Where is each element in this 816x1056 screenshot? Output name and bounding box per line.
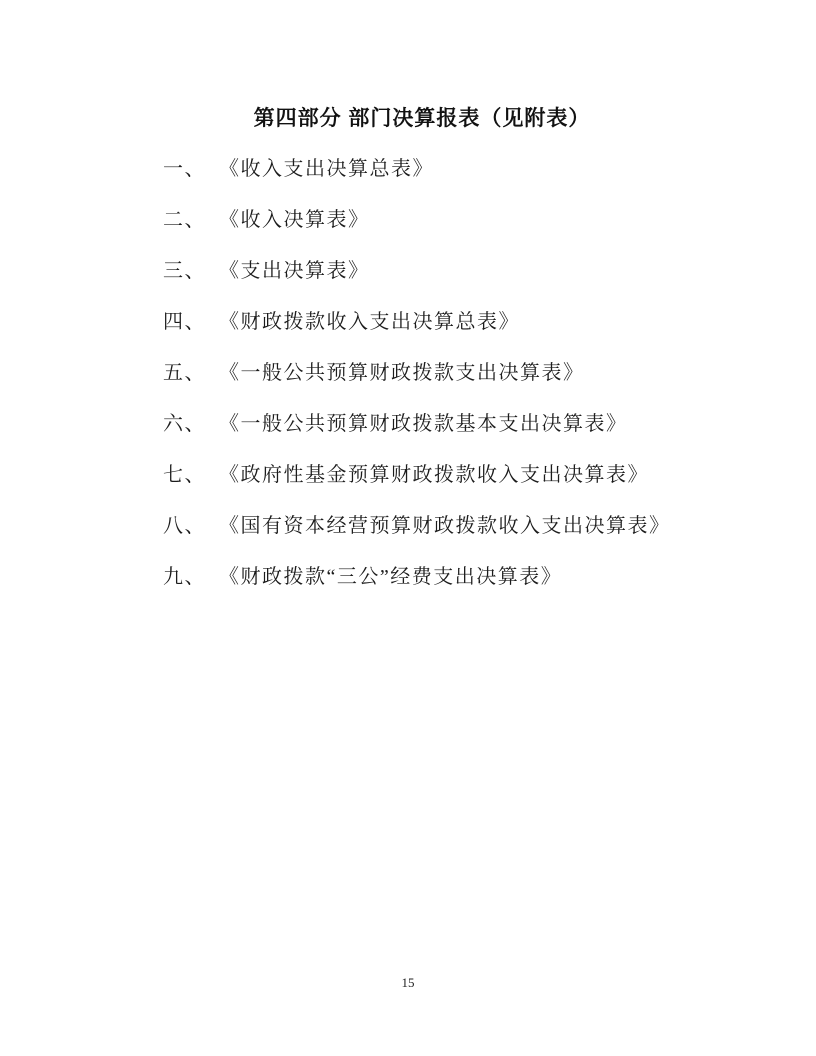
item-number: 五、 [163, 363, 206, 384]
item-title: 《收入支出决算总表》 [219, 158, 434, 180]
item-title: 《政府性基金预算财政拨款收入支出决算表》 [219, 464, 649, 486]
list-item: 四、《财政拨款收入支出决算总表》 [163, 312, 671, 333]
item-number: 九、 [163, 567, 206, 588]
item-number: 一、 [163, 159, 206, 180]
section-title: 第四部分 部门决算报表（见附表） [0, 102, 816, 132]
item-title: 《财政拨款收入支出决算总表》 [219, 311, 520, 333]
item-number: 八、 [163, 516, 206, 537]
list-item: 一、《收入支出决算总表》 [163, 159, 671, 180]
item-number: 三、 [163, 261, 206, 282]
list-item: 八、《国有资本经营预算财政拨款收入支出决算表》 [163, 516, 671, 537]
list-item: 二、《收入决算表》 [163, 210, 671, 231]
item-title: 《一般公共预算财政拨款支出决算表》 [219, 362, 585, 384]
item-title: 《支出决算表》 [219, 260, 370, 282]
document-page: 第四部分 部门决算报表（见附表） 一、《收入支出决算总表》 二、《收入决算表》 … [0, 0, 816, 1056]
list-item: 六、《一般公共预算财政拨款基本支出决算表》 [163, 414, 671, 435]
list-item: 五、《一般公共预算财政拨款支出决算表》 [163, 363, 671, 384]
list-item: 三、《支出决算表》 [163, 261, 671, 282]
item-title: 《国有资本经营预算财政拨款收入支出决算表》 [219, 515, 671, 537]
list-item: 九、《财政拨款“三公”经费支出决算表》 [163, 567, 671, 588]
item-title: 《收入决算表》 [219, 209, 370, 231]
item-title: 《一般公共预算财政拨款基本支出决算表》 [219, 413, 628, 435]
item-number: 四、 [163, 312, 206, 333]
item-number: 七、 [163, 465, 206, 486]
item-number: 二、 [163, 210, 206, 231]
list-item: 七、《政府性基金预算财政拨款收入支出决算表》 [163, 465, 671, 486]
page-number: 15 [0, 975, 816, 991]
item-number: 六、 [163, 414, 206, 435]
report-table-list: 一、《收入支出决算总表》 二、《收入决算表》 三、《支出决算表》 四、《财政拨款… [163, 159, 671, 618]
item-title: 《财政拨款“三公”经费支出决算表》 [219, 566, 562, 588]
